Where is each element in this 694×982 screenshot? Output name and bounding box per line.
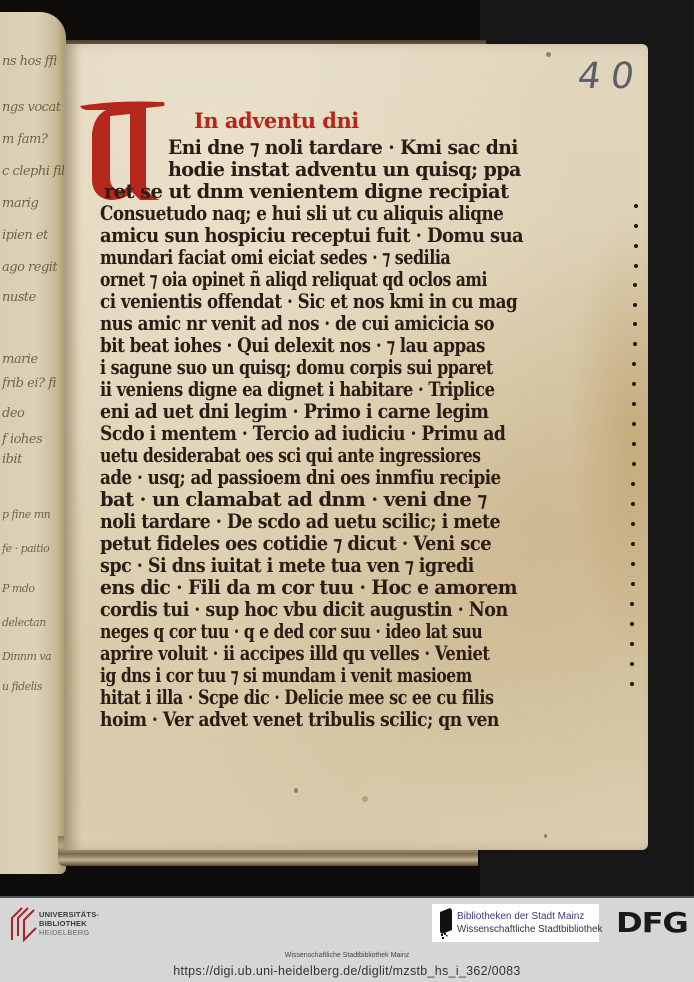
text-line: bit beat iohes · Qui delexit nos · ⁊ lau… bbox=[100, 334, 485, 357]
facing-text: P mdo bbox=[2, 582, 35, 595]
ink-spot bbox=[546, 52, 551, 57]
text-line: nus amic nr venit ad nos · de cui amicic… bbox=[100, 312, 494, 335]
ink-spot bbox=[544, 834, 547, 838]
text-line: eni ad uet dni legim · Primo i carne leg… bbox=[100, 400, 488, 423]
text-line: uetu desiderabat oes sci qui ante ingres… bbox=[100, 444, 480, 467]
text-line: noli tardare · De scdo ad uetu scilic; i… bbox=[100, 510, 500, 533]
ub-logo-line3: HEIDELBERG bbox=[39, 928, 99, 937]
text-line: Eni dne ⁊ noli tardare · Kmi sac dni bbox=[168, 136, 518, 159]
text-line: hitat i illa · Scpe dic · Delicie mee sc… bbox=[100, 686, 493, 709]
text-line: aprire voluit · ii accipes illd qu velle… bbox=[100, 642, 489, 665]
ub-logo-line1: UNIVERSITÄTS- bbox=[39, 910, 99, 919]
facing-text: nuste bbox=[2, 290, 36, 305]
text-line: ii veniens digne ea dignet i habitare · … bbox=[100, 378, 495, 401]
book-icon bbox=[438, 908, 454, 940]
text-line: i sagune suo un quisq; domu corpis sui p… bbox=[100, 356, 493, 379]
text-line: ig dns i cor tuu ⁊ si mundam i venit mas… bbox=[100, 664, 472, 687]
text-line: ade · usq; ad passioem dni oes inmfiu re… bbox=[100, 466, 501, 489]
facing-text: m fam? bbox=[2, 132, 47, 147]
text-line: ornet ⁊ oia opinet ñ aliqd reliquat qd o… bbox=[100, 268, 487, 291]
manuscript-scan: ns hos ffi ngs vocat m fam? c clephi fil… bbox=[0, 0, 694, 896]
text-line: spc · Si dns iuitat i mete tua ven ⁊ igr… bbox=[100, 554, 474, 577]
facing-text: p fine mn bbox=[2, 508, 50, 521]
text-line: ci venientis offendat · Sic et nos kmi i… bbox=[100, 290, 517, 313]
ub-heidelberg-logo[interactable]: UNIVERSITÄTS- BIBLIOTHEK HEIDELBERG bbox=[39, 910, 99, 937]
text-line: Consuetudo naq; e hui sli ut cu aliquis … bbox=[100, 202, 503, 225]
mainz-library-logo[interactable]: Bibliotheken der Stadt Mainz Wissenschaf… bbox=[432, 904, 599, 942]
facing-text: u fidelis bbox=[2, 680, 42, 693]
facing-text: ns hos ffi bbox=[2, 54, 57, 69]
facing-text: c clephi fil bbox=[2, 164, 65, 179]
text-line: hoim · Ver advet venet tribulis scilic; … bbox=[100, 708, 499, 731]
facing-text: f iohes bbox=[2, 432, 42, 447]
footer-bar: UNIVERSITÄTS- BIBLIOTHEK HEIDELBERG Bibl… bbox=[0, 896, 694, 982]
rubric-heading: In adventu dni bbox=[194, 108, 359, 133]
facing-text: fe · paitio bbox=[2, 542, 49, 555]
dfg-logo[interactable]: DFG bbox=[616, 906, 688, 939]
facing-page: ns hos ffi ngs vocat m fam? c clephi fil… bbox=[0, 12, 66, 874]
pricking-marks bbox=[630, 204, 640, 724]
ink-spot bbox=[294, 788, 298, 793]
facing-text: ipien et bbox=[2, 228, 48, 243]
text-line: Scdo i mentem · Tercio ad iudiciu · Prim… bbox=[100, 422, 505, 445]
facing-text: delectan bbox=[2, 616, 46, 629]
ub-heidelberg-logo-icon[interactable] bbox=[8, 906, 40, 942]
holding-institution: Wissenschaftliche Stadtbibliothek Mainz bbox=[0, 952, 694, 959]
text-line: amicu sun hospiciu receptui fuit · Domu … bbox=[100, 224, 523, 247]
stain-spot bbox=[362, 796, 368, 802]
permalink-url[interactable]: https://digi.ub.uni-heidelberg.de/diglit… bbox=[0, 964, 694, 978]
facing-text: Dinnm va bbox=[2, 650, 51, 663]
text-line: hodie instat adventu un quisq; ppa bbox=[168, 158, 521, 181]
text-line: cordis tui · sup hoc vbu dicit augustin … bbox=[100, 598, 508, 621]
facing-text: marig bbox=[2, 196, 38, 211]
text-line: neges q cor tuu · q e ded cor suu · ideo… bbox=[100, 620, 482, 643]
text-line: ret se ut dnm venientem digne recipiat bbox=[104, 180, 509, 203]
mainz-logo-line1: Bibliotheken der Stadt Mainz bbox=[457, 911, 584, 922]
text-line: bat · un clamabat ad dnm · veni dne ⁊ bbox=[100, 488, 487, 511]
text-line: ens dic · Fili da m cor tuu · Hoc e amor… bbox=[100, 576, 517, 599]
recto-folio: 40 In adventu dni Eni dne ⁊ noli tardare… bbox=[64, 44, 648, 850]
mainz-logo-line2: Wissenschaftliche Stadtbibliothek bbox=[457, 924, 602, 935]
text-line: mundari faciat omi eiciat sedes · ⁊ sedi… bbox=[100, 246, 450, 269]
facing-text: ibit bbox=[2, 452, 22, 467]
facing-text: deo bbox=[2, 406, 24, 421]
facing-text: ago regit bbox=[2, 260, 57, 275]
folio-number: 40 bbox=[575, 56, 647, 97]
text-line: petut fideles oes cotidie ⁊ dicut · Veni… bbox=[100, 532, 491, 555]
facing-text: frib ei? fi bbox=[2, 376, 56, 391]
facing-text: marie bbox=[2, 352, 38, 367]
ub-logo-line2: BIBLIOTHEK bbox=[39, 919, 99, 928]
facing-text: ngs vocat bbox=[2, 100, 60, 115]
